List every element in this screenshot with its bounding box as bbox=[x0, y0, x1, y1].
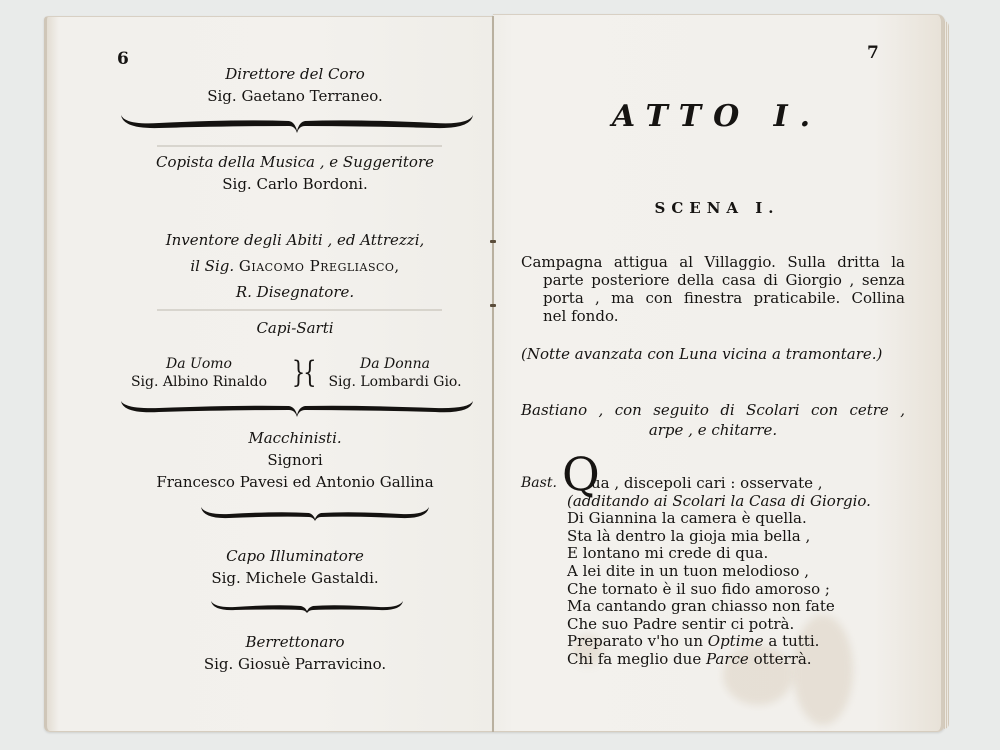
right-page: 7 ATTO I. SCENA I. Campagna attigua al V… bbox=[493, 14, 945, 732]
verse-line: A lei dite in un tuon melodioso , bbox=[567, 563, 871, 581]
name-direttore-coro: Sig. Gaetano Terraneo. bbox=[119, 85, 471, 107]
double-brace-icon: }{ bbox=[292, 355, 315, 391]
stage-direction: (additando ai Scolari la Casa di Giorgio… bbox=[567, 493, 871, 511]
ornamental-brace-divider bbox=[199, 503, 431, 523]
verse-line: Sta là dentro la gioja mia bella , bbox=[567, 528, 871, 546]
open-book: 6 Direttore del Coro Sig. Gaetano Terran… bbox=[44, 14, 954, 734]
role-berrettonaro: Berrettonaro bbox=[119, 631, 471, 653]
left-page: 6 Direttore del Coro Sig. Gaetano Terran… bbox=[44, 16, 493, 732]
scene-setting: Campagna attigua al Villaggio. Sulla dri… bbox=[521, 253, 905, 325]
page-number-right: 7 bbox=[867, 43, 879, 63]
role-capi-sarti: Capi-Sarti bbox=[119, 317, 471, 339]
verse-line: E lontano mi crede di qua. bbox=[567, 545, 871, 563]
ornamental-brace-divider bbox=[119, 395, 475, 421]
role-copista: Copista della Musica , e Suggeritore bbox=[119, 151, 471, 173]
speaker-label: Bast. bbox=[521, 475, 557, 493]
verse-line: Chi fa meglio due Parce otterrà. bbox=[567, 651, 871, 669]
verse-line: Preparato v'ho un Optime a tutti. bbox=[567, 633, 871, 651]
capi-sarti-donna: Da Donna Sig. Lombardi Gio. bbox=[315, 355, 475, 391]
verse-lines: ua , discepoli cari : osservate , (addit… bbox=[567, 475, 871, 669]
verse-line: Ma cantando gran chiasso non fate bbox=[567, 598, 871, 616]
verse-line: Che suo Padre sentir ci potrà. bbox=[567, 616, 871, 634]
capi-sarti-columns: Da Uomo Sig. Albino Rinaldo }{ Da Donna … bbox=[119, 355, 471, 395]
role-inventore: Inventore degli Abiti , ed Attrezzi, bbox=[119, 229, 471, 251]
capi-sarti-uomo: Da Uomo Sig. Albino Rinaldo bbox=[119, 355, 279, 391]
names-macchinisti: Francesco Pavesi ed Antonio Gallina bbox=[119, 471, 471, 493]
verse-line: Che tornato è il suo fido amoroso ; bbox=[567, 581, 871, 599]
name-capo-illuminatore: Sig. Michele Gastaldi. bbox=[119, 567, 471, 589]
verse-line: ua , discepoli cari : osservate , bbox=[567, 475, 871, 493]
binding-stitch bbox=[490, 240, 496, 243]
role-capo-illuminatore: Capo Illuminatore bbox=[119, 545, 471, 567]
name-inventore: il Sig. Giacomo Pregliasco, bbox=[119, 255, 471, 277]
scene-title: SCENA I. bbox=[493, 199, 941, 217]
title-inventore: R. Disegnatore. bbox=[119, 281, 471, 303]
name-berrettonaro: Sig. Giosuè Parravicino. bbox=[119, 653, 471, 675]
role-macchinisti: Macchinisti. bbox=[119, 427, 471, 449]
book-gutter bbox=[492, 16, 494, 732]
verse-line: Di Giannina la camera è quella. bbox=[567, 510, 871, 528]
role-direttore-coro: Direttore del Coro bbox=[119, 63, 471, 85]
show-through-rule bbox=[157, 145, 442, 147]
time-note: (Notte avanzata con Luna vicina a tramon… bbox=[521, 345, 905, 363]
binding-stitch bbox=[490, 304, 496, 307]
ornamental-brace-divider bbox=[119, 109, 475, 137]
act-title: ATTO I. bbox=[493, 99, 941, 134]
label-signori: Signori bbox=[119, 449, 471, 471]
characters-list: Bastiano , con seguito di Scolari con ce… bbox=[521, 400, 905, 440]
show-through-rule bbox=[157, 309, 442, 311]
ornamental-brace-divider bbox=[209, 597, 405, 615]
name-copista: Sig. Carlo Bordoni. bbox=[119, 173, 471, 195]
page-block-edges bbox=[944, 21, 949, 729]
